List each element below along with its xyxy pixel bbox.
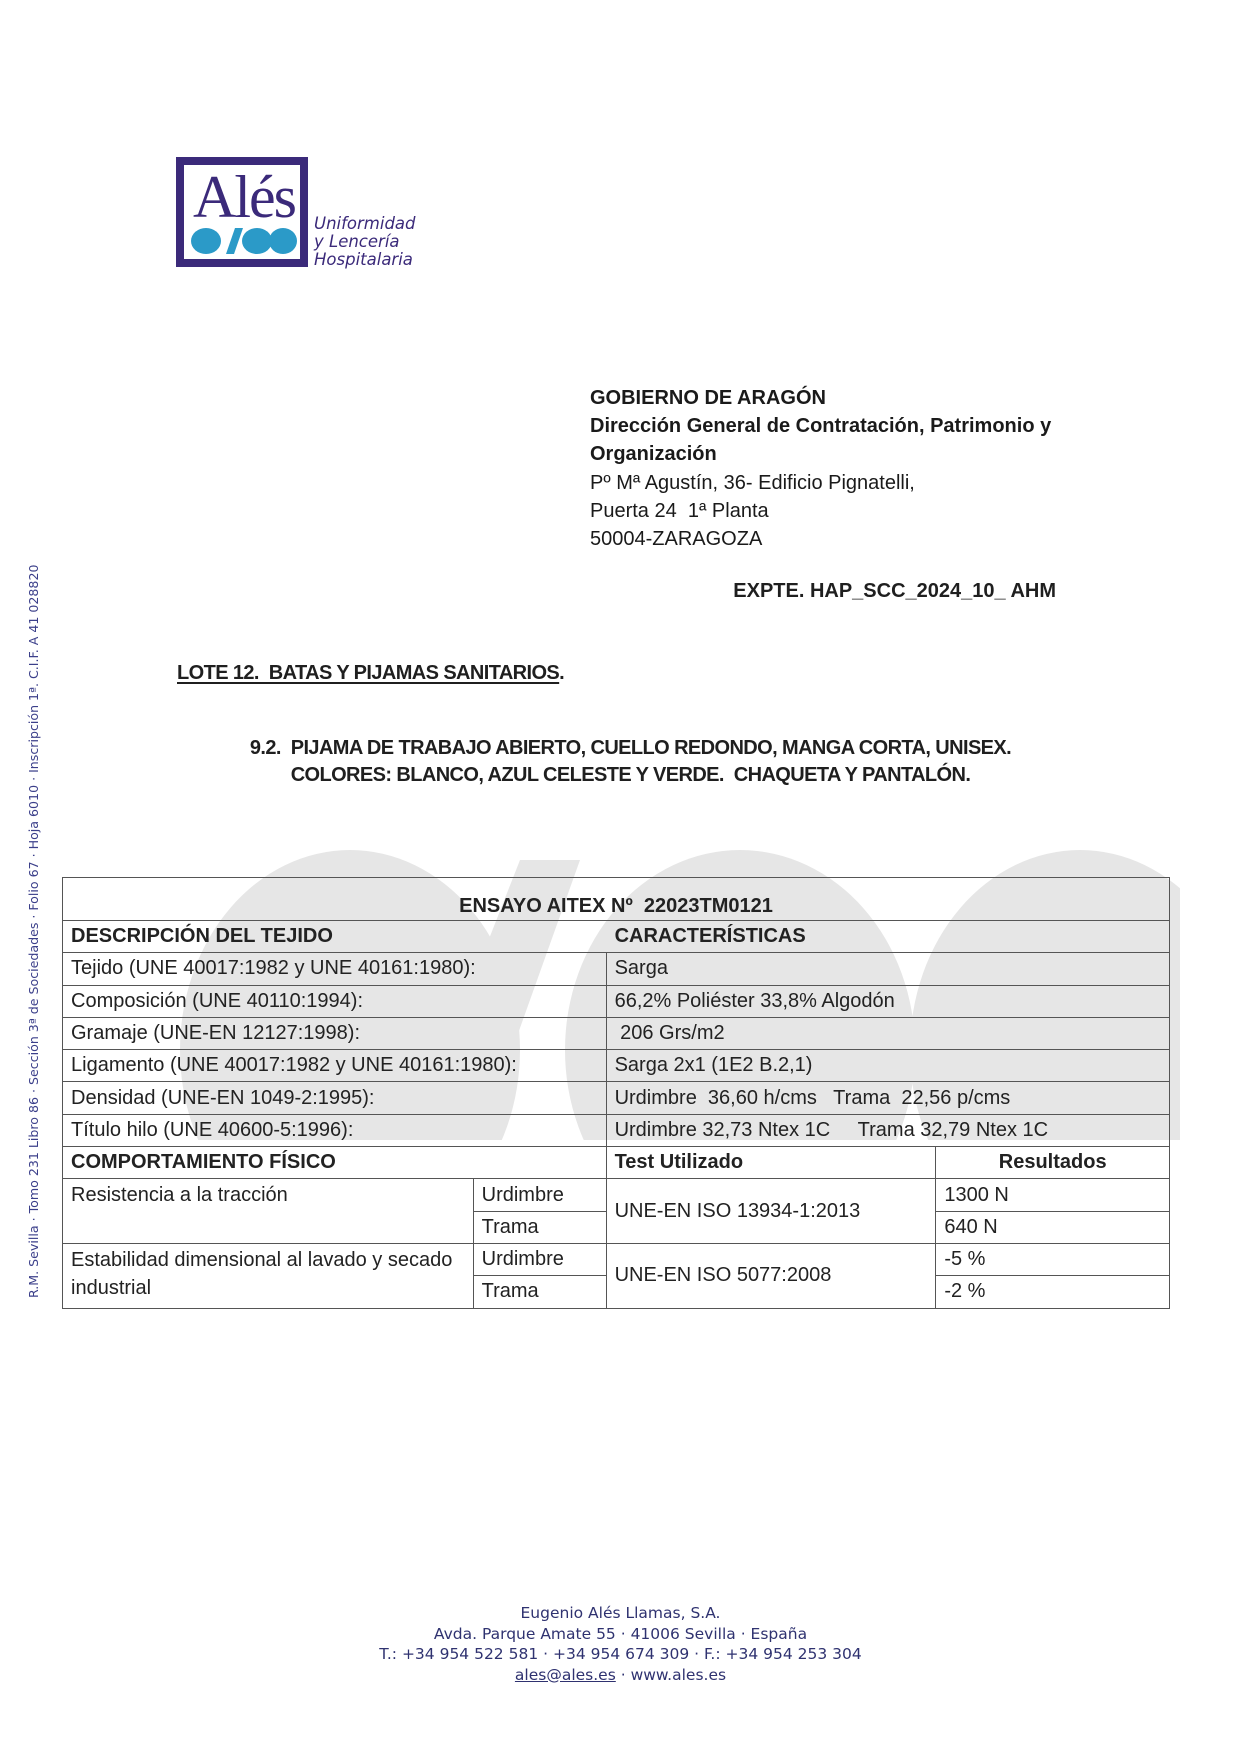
footer-phones: T.: +34 954 522 581 · +34 954 674 309 · … [0,1644,1241,1665]
result-value: 640 N [936,1211,1170,1243]
result-value: 1300 N [936,1179,1170,1211]
logo-tagline: Uniformidad y Lencería Hospitalaria [314,215,416,269]
test-header: Test Utilizado [606,1147,936,1179]
table-title-row: ENSAYO AITEX Nº 22023TM0121 [63,878,1170,921]
company-logo: Alés [176,157,308,267]
physical-header: COMPORTAMIENTO FÍSICO [63,1147,607,1179]
recipient-street: Pº Mª Agustín, 36- Edificio Pignatelli, [590,469,1051,497]
footer-address: Avda. Parque Amate 55 · 41006 Sevilla · … [0,1624,1241,1645]
recipient-department-cont: Organización [590,440,1051,468]
result-value: -5 % [936,1243,1170,1275]
product-colors: COLORES: BLANCO, AZUL CELESTE Y VERDE. C… [10,761,1241,789]
recipient-address: GOBIERNO DE ARAGÓN Dirección General de … [590,384,1051,553]
footer: Eugenio Alés Llamas, S.A. Avda. Parque A… [0,1603,1241,1685]
lote-title: LOTE 12. BATAS Y PIJAMAS SANITARIOS. [177,662,564,685]
recipient-city: 50004-ZARAGOZA [590,525,1051,553]
table-row: Tejido (UNE 40017:1982 y UNE 40161:1980)… [63,953,1170,985]
footer-email-link[interactable]: ales@ales.es [515,1666,616,1684]
result-value: -2 % [936,1276,1170,1308]
physical-header-row: COMPORTAMIENTO FÍSICO Test Utilizado Res… [63,1147,1170,1179]
fabric-test-table: ENSAYO AITEX Nº 22023TM0121 DESCRIPCIÓN … [62,877,1170,1309]
char-header: CARACTERÍSTICAS [606,921,1169,953]
recipient-floor: Puerta 24 1ª Planta [590,497,1051,525]
desc-header: DESCRIPCIÓN DEL TEJIDO [63,921,607,953]
test-method: UNE-EN ISO 13934-1:2013 [606,1179,936,1244]
footer-company: Eugenio Alés Llamas, S.A. [0,1603,1241,1624]
table-row: Ligamento (UNE 40017:1982 y UNE 40161:19… [63,1050,1170,1082]
property-tensile: Resistencia a la tracción [63,1179,474,1244]
table-row: Composición (UNE 40110:1994): 66,2% Poli… [63,985,1170,1017]
test-method: UNE-EN ISO 5077:2008 [606,1243,936,1308]
table-header-row: DESCRIPCIÓN DEL TEJIDO CARACTERÍSTICAS [63,921,1170,953]
product-heading: 9.2. PIJAMA DE TRABAJO ABIERTO, CUELLO R… [10,734,1241,762]
logo-wordmark: Alés [192,161,296,233]
test-report-title: ENSAYO AITEX Nº 22023TM0121 [63,878,1170,921]
table-row: Título hilo (UNE 40600-5:1996): Urdimbre… [63,1114,1170,1146]
footer-web-link[interactable]: www.ales.es [631,1666,727,1684]
property-dimensional-stability: Estabilidad dimensional al lavado y seca… [63,1243,474,1308]
recipient-department: Dirección General de Contratación, Patri… [590,412,1051,440]
expediente-number: EXPTE. HAP_SCC_2024_10_ AHM [733,580,1056,603]
table-row: Resistencia a la tracción Urdimbre UNE-E… [63,1179,1170,1211]
recipient-org: GOBIERNO DE ARAGÓN [590,384,1051,412]
results-header: Resultados [936,1147,1170,1179]
logo-dots-icon [190,227,298,255]
table-row: Estabilidad dimensional al lavado y seca… [63,1243,1170,1275]
table-row: Gramaje (UNE-EN 12127:1998): 206 Grs/m2 [63,1017,1170,1049]
registry-info: R.M. Sevilla · Tomo 231 Libro 86 · Secci… [26,565,41,1298]
table-row: Densidad (UNE-EN 1049-2:1995): Urdimbre … [63,1082,1170,1114]
